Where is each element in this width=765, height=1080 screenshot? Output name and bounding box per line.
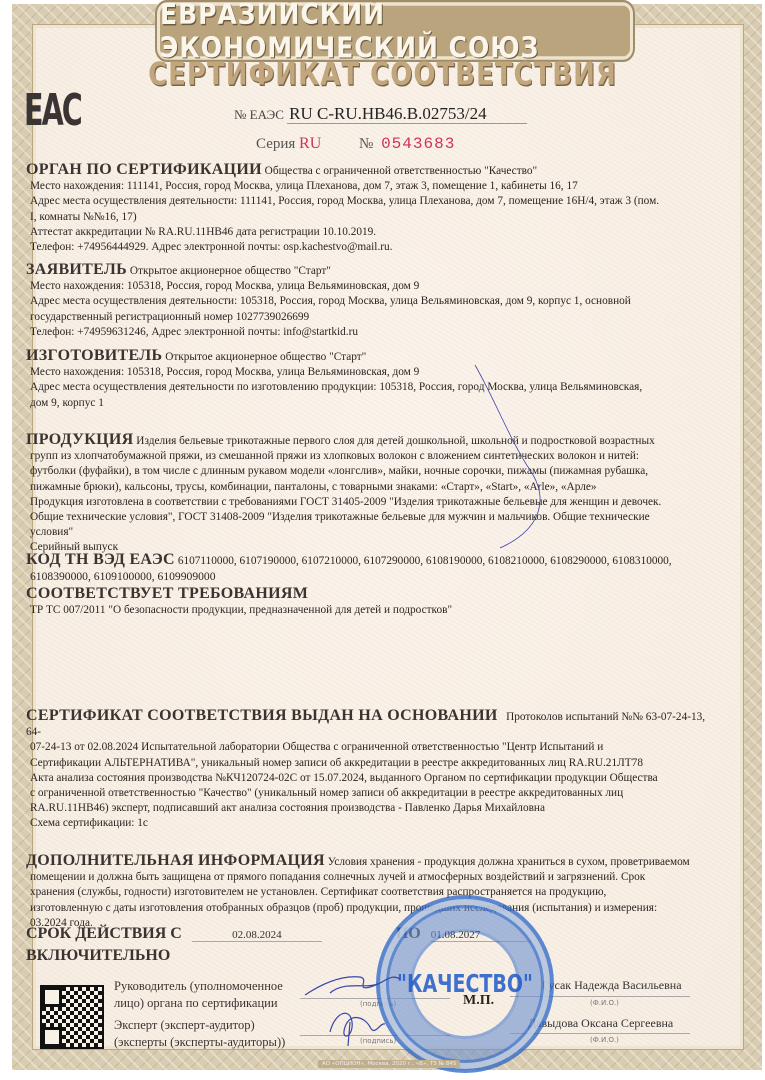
text-line: Место нахождения: 105318, Россия, город … — [26, 279, 716, 294]
section-heading: ОРГАН ПО СЕРТИФИКАЦИИ — [26, 161, 262, 178]
valid-from-date: 02.08.2024 — [192, 929, 322, 942]
text-line: футболки (фуфайки), в том числе с длинны… — [26, 464, 716, 479]
text-line: I, комнаты №№16, 17) — [26, 210, 716, 225]
text-line: помещении и должна быть защищена от прям… — [26, 870, 716, 885]
document-title: СЕРТИФИКАТ СООТВЕТСТВИЯ — [0, 57, 765, 93]
label-line: (эксперты (эксперты-аудиторы)) — [114, 1034, 285, 1051]
body-name: Общества с ограниченной ответственностью… — [265, 165, 537, 177]
section-heading: КОД ТН ВЭД ЕАЭС — [26, 551, 175, 568]
text-line: Место нахождения: 105318, Россия, город … — [26, 365, 716, 380]
tn-ved-codes: 6107110000, 6107190000, 6107210000, 6107… — [178, 555, 672, 567]
text-line: 07-24-13 от 02.08.2024 Испытательной лаб… — [26, 740, 716, 755]
text-line: Продукция изготовлена в соответствии с т… — [26, 495, 716, 510]
text-line: дом 9, корпус 1 — [26, 396, 716, 411]
seal-place-label: М.П. — [463, 993, 494, 1009]
text-line: ТР ТС 007/2011 "О безопасности продукции… — [26, 603, 716, 618]
applicant-name: Открытое акционерное общество "Старт" — [130, 265, 331, 277]
print-info: АО «ОПЦИОН», Москва, 2020 г., «Б», ТЗ № … — [318, 1060, 460, 1068]
ink-pen-stroke-icon — [470, 360, 560, 550]
head-signatory-label: Руководитель (уполномоченное лицо) орган… — [114, 978, 283, 1012]
valid-from-label: СРОК ДЕЙСТВИЯ С — [26, 925, 182, 942]
product-lead: Изделия бельевые трикотажные первого сло… — [136, 435, 654, 447]
union-title: ЕВРАЗИЙСКИЙ ЭКОНОМИЧЕСКИЙ СОЮЗ — [157, 2, 633, 60]
label-line: Эксперт (эксперт-аудитор) — [114, 1017, 285, 1034]
section-heading: ИЗГОТОВИТЕЛЬ — [26, 347, 162, 364]
text-line: RA.RU.11НВ46) эксперт, подписавший акт а… — [26, 801, 716, 816]
expert-signature-icon — [320, 1002, 390, 1047]
text-line: с ограниченной ответственностью "Качеств… — [26, 786, 716, 801]
qr-code-icon — [40, 985, 104, 1049]
text-line: Аттестат аккредитации № RA.RU.11НВ46 дат… — [26, 225, 716, 240]
label-line: лицо) органа по сертификации — [114, 995, 283, 1012]
certification-body-section: ОРГАН ПО СЕРТИФИКАЦИИ Общества с огранич… — [26, 162, 716, 255]
manufacturer-name: Открытое акционерное общество "Старт" — [165, 351, 366, 363]
text-line: Адрес места осуществления деятельности: … — [26, 194, 716, 209]
section-heading: СЕРТИФИКАТ СООТВЕТСТВИЯ ВЫДАН НА ОСНОВАН… — [26, 707, 498, 724]
section-heading: ДОПОЛНИТЕЛЬНАЯ ИНФОРМАЦИЯ — [26, 852, 325, 869]
text-line: Адрес места осуществления деятельности: … — [26, 294, 716, 309]
text-line: Общие технические условия", ГОСТ 31408-2… — [26, 510, 716, 525]
eaes-number-value: RU C-RU.НВ46.В.02753/24 — [287, 104, 526, 124]
additional-lead: Условия хранения - продукция должна хран… — [328, 856, 690, 868]
text-line: Акта анализа состояния производства №КЧ1… — [26, 771, 716, 786]
manufacturer-section: ИЗГОТОВИТЕЛЬ Открытое акционерное общест… — [26, 348, 716, 411]
text-line: государственный регистрационный номер 10… — [26, 310, 716, 325]
text-line: Телефон: +74956444929. Адрес электронной… — [26, 240, 716, 255]
fio-caption: (Ф.И.О.) — [590, 999, 619, 1007]
section-heading: СООТВЕТСТВУЕТ ТРЕБОВАНИЯМ — [26, 585, 308, 602]
text-line: хранения (службы, годности) изготовителе… — [26, 885, 716, 900]
eaes-number: № ЕАЭС RU C-RU.НВ46.В.02753/24 — [234, 104, 527, 124]
conformity-section: СООТВЕТСТВУЕТ ТРЕБОВАНИЯМ ТР ТС 007/2011… — [26, 586, 716, 618]
number-label: № — [359, 136, 373, 152]
text-line: пижамные брюки), кальсоны, трусы, комбин… — [26, 480, 716, 495]
section-heading: ЗАЯВИТЕЛЬ — [26, 261, 127, 278]
head-signature-icon — [300, 965, 410, 1005]
expert-signatory-label: Эксперт (эксперт-аудитор) (эксперты (экс… — [114, 1017, 285, 1051]
expert-name: Давыдова Оксана Сергеевна — [528, 1016, 673, 1031]
additional-info-section: ДОПОЛНИТЕЛЬНАЯ ИНФОРМАЦИЯ Условия хранен… — [26, 853, 716, 931]
form-number: 0543683 — [381, 135, 455, 153]
series-row: Серия RU № 0543683 — [256, 135, 455, 153]
text-line: Сертификации АЛЬТЕРНАТИВА", уникальный н… — [26, 756, 716, 771]
head-signatory-name: Гусак Надежда Васильевна — [542, 978, 682, 993]
series-value: RU — [299, 135, 321, 152]
applicant-section: ЗАЯВИТЕЛЬ Открытое акционерное общество … — [26, 262, 716, 340]
text-line: Место нахождения: 111141, Россия, город … — [26, 179, 716, 194]
text-line: Телефон: +74959631246, Адрес электронной… — [26, 325, 716, 340]
label-line: Руководитель (уполномоченное — [114, 978, 283, 995]
section-heading: ПРОДУКЦИЯ — [26, 431, 133, 448]
eac-logo-icon: ЕАС — [24, 85, 57, 140]
text-line: 6108390000, 6109100000, 6109909000 — [26, 569, 716, 584]
eaes-label: № ЕАЭС — [234, 107, 284, 122]
text-line: изготовленную с даты изготовления отобра… — [26, 901, 716, 916]
basis-section: СЕРТИФИКАТ СООТВЕТСТВИЯ ВЫДАН НА ОСНОВАН… — [26, 708, 716, 832]
product-section: ПРОДУКЦИЯ Изделия бельевые трикотажные п… — [26, 432, 716, 556]
text-line: условия" — [26, 525, 716, 540]
text-line: Адрес места осуществления деятельности п… — [26, 380, 716, 395]
text-line: Схема сертификации: 1с — [26, 816, 716, 831]
fio-caption: (Ф.И.О.) — [590, 1036, 619, 1044]
tn-ved-section: КОД ТН ВЭД ЕАЭС 6107110000, 6107190000, … — [26, 552, 716, 584]
series-label: Серия — [256, 136, 295, 152]
text-line: групп из хлопчатобумажной пряжи, из смеш… — [26, 449, 716, 464]
